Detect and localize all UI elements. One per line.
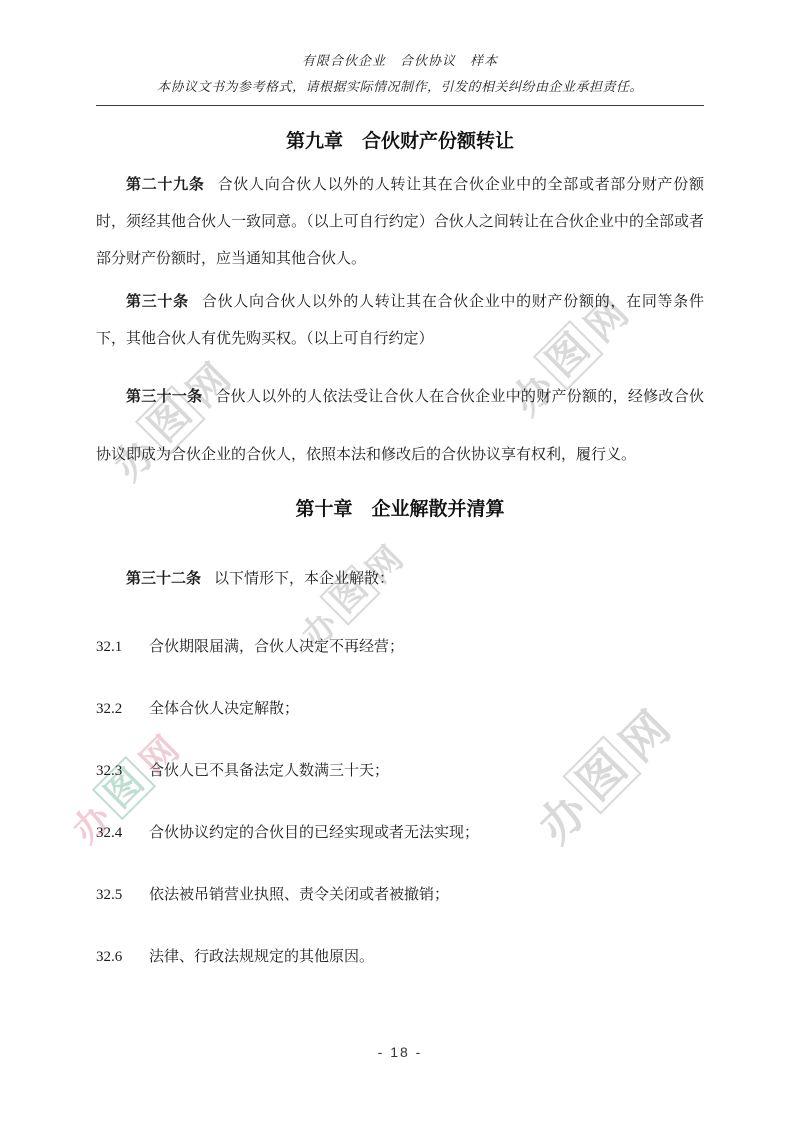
list-item: 32.5依法被吊销营业执照、责令关闭或者被撤销； (96, 885, 704, 905)
list-item-text: 合伙协议约定的合伙目的已经实现或者无法实现； (149, 825, 479, 841)
list-item: 32.1合伙期限届满，合伙人决定不再经营； (96, 637, 704, 657)
chapter9-title: 第九章 合伙财产份额转让 (96, 126, 704, 153)
article-32-text: 以下情形下，本企业解散： (214, 571, 394, 587)
chapter10-title: 第十章 企业解散并清算 (96, 494, 704, 521)
header-document-title: 有限合伙企业 合伙协议 样本 (96, 50, 704, 69)
header-disclaimer: 本协议文书为参考格式，请根据实际情况制作，引发的相关纠纷由企业承担责任。 (96, 76, 704, 95)
list-item: 32.4合伙协议约定的合伙目的已经实现或者无法实现； (96, 823, 704, 843)
article-31: 第三十一条合伙人以外的人依法受让合伙人在合伙企业中的财产份额的，经修改合伙协议即… (96, 368, 704, 484)
article-32: 第三十二条以下情形下，本企业解散： (96, 567, 704, 591)
list-item: 32.3合伙人已不具备法定人数满三十天； (96, 761, 704, 781)
list-item-number: 32.6 (96, 947, 149, 967)
article-29: 第二十九条合伙人向合伙人以外的人转让其在合伙企业中的全部或者部分财产份额时，须经… (96, 167, 704, 278)
list-item-text: 全体合伙人决定解散； (149, 701, 299, 717)
list-item: 32.6法律、行政法规规定的其他原因。 (96, 947, 704, 967)
list-item: 32.2全体合伙人决定解散； (96, 699, 704, 719)
article-31-number: 第三十一条 (126, 389, 202, 405)
list-item-number: 32.2 (96, 699, 149, 719)
article-29-number: 第二十九条 (126, 177, 205, 193)
list-item-text: 依法被吊销营业执照、责令关闭或者被撤销； (149, 887, 449, 903)
list-item-text: 法律、行政法规规定的其他原因。 (149, 949, 374, 965)
dissolution-conditions-list: 32.1合伙期限届满，合伙人决定不再经营； 32.2全体合伙人决定解散； 32.… (96, 637, 704, 967)
document-body: 第九章 合伙财产份额转让 第二十九条合伙人向合伙人以外的人转让其在合伙企业中的全… (96, 126, 704, 967)
list-item-number: 32.1 (96, 637, 149, 657)
page-number: - 18 - (0, 1044, 800, 1060)
article-32-number: 第三十二条 (126, 571, 201, 587)
list-item-number: 32.5 (96, 885, 149, 905)
article-30-number: 第三十条 (126, 294, 189, 310)
article-30: 第三十条合伙人向合伙人以外的人转让其在合伙企业中的财产份额的，在同等条件下，其他… (96, 284, 704, 358)
list-item-text: 合伙期限届满，合伙人决定不再经营； (149, 639, 404, 655)
document-page: 办图网 办图网 办图网 办图网 办图网 有限合伙企业 合伙协议 样本 本协议文书… (0, 0, 800, 1132)
list-item-number: 32.4 (96, 823, 149, 843)
list-item-number: 32.3 (96, 761, 149, 781)
list-item-text: 合伙人已不具备法定人数满三十天； (149, 763, 389, 779)
page-header: 有限合伙企业 合伙协议 样本 本协议文书为参考格式，请根据实际情况制作，引发的相… (96, 0, 704, 106)
